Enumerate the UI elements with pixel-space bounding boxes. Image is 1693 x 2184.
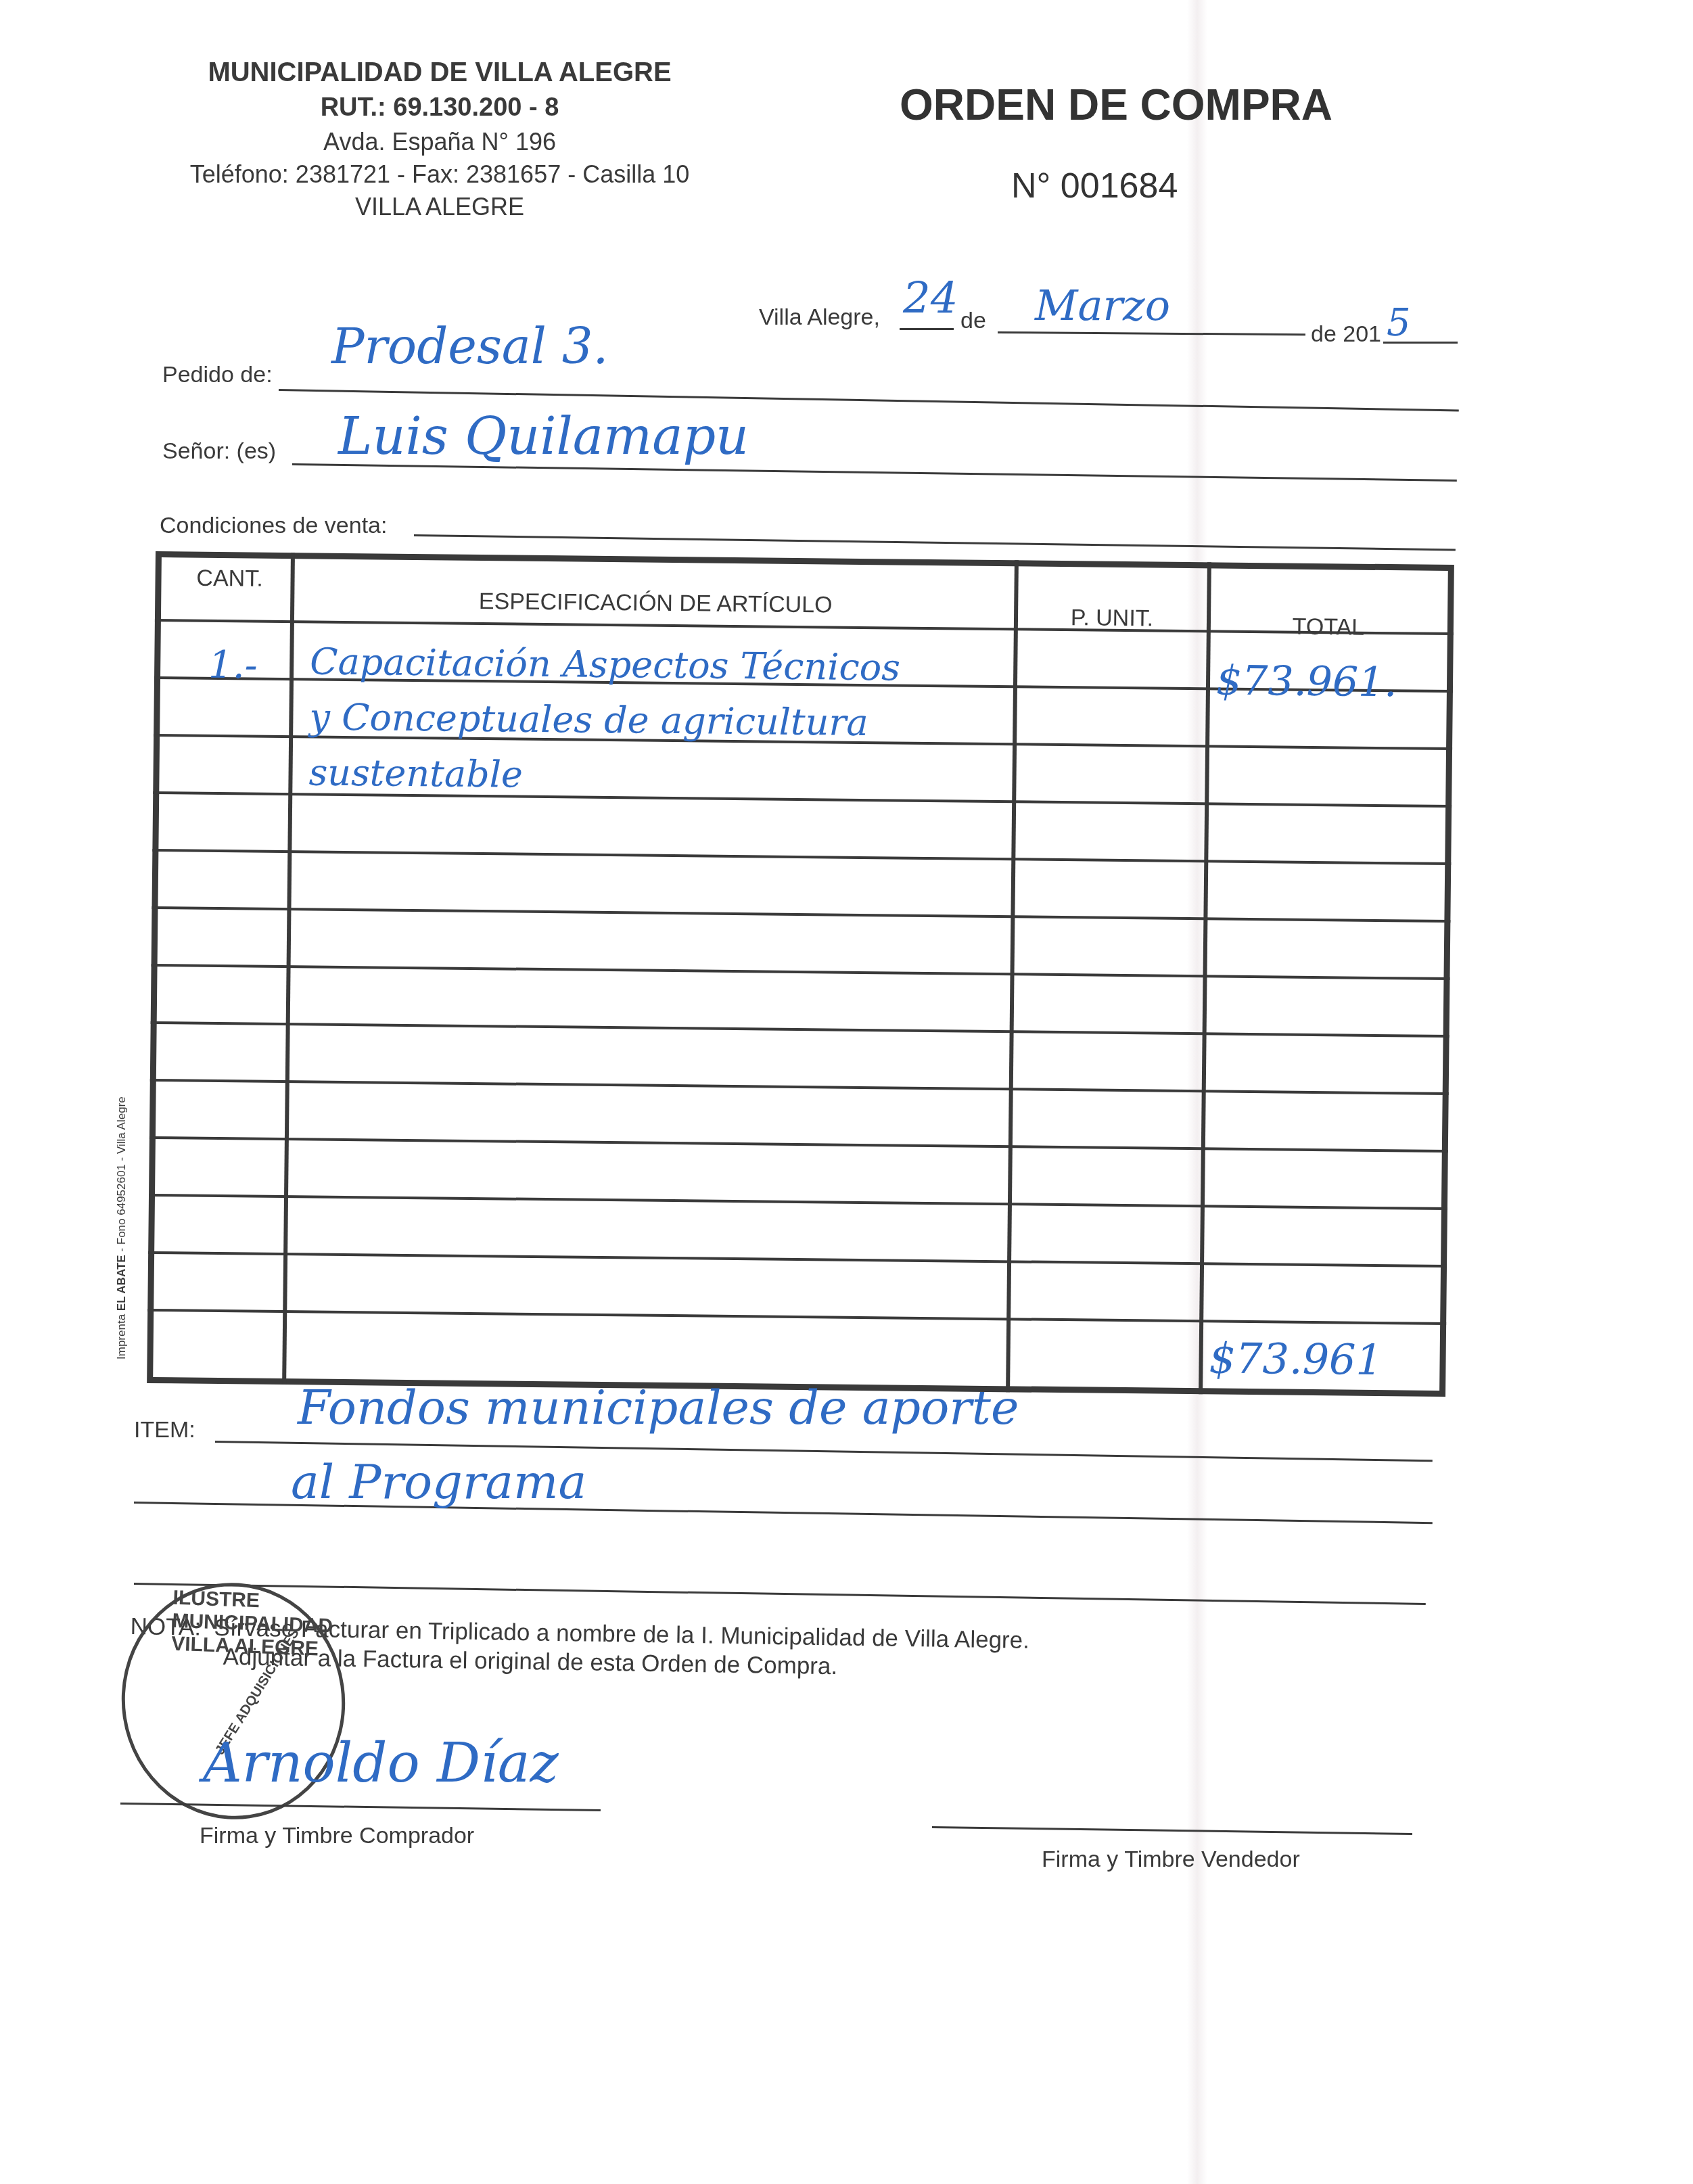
pedido-value[interactable]: Prodesal 3. [331, 318, 608, 375]
issuer-address: Avda. España N° 196 [162, 128, 717, 156]
item-value-line2[interactable]: al Programa [291, 1454, 586, 1510]
item-value-line1[interactable]: Fondos municipales de aporte [298, 1380, 1019, 1435]
issuer-rut: RUT.: 69.130.200 - 8 [162, 93, 717, 122]
condiciones-line [414, 534, 1456, 551]
day-line [900, 328, 954, 330]
seller-signature-line [932, 1826, 1412, 1835]
senor-label: Señor: (es) [162, 438, 276, 465]
imprint-prefix: Imprenta [115, 1314, 128, 1360]
pedido-label: Pedido de: [162, 362, 273, 388]
buyer-signature: Arnoldo Díaz [203, 1732, 559, 1794]
document-title: ORDEN DE COMPRA [900, 80, 1332, 130]
date-year-digit[interactable]: 5 [1387, 301, 1411, 345]
date-place-label: Villa Alegre, [759, 304, 880, 331]
header-total: TOTAL [1210, 613, 1447, 642]
imprint-name: EL ABATE [115, 1255, 128, 1311]
item-label: ITEM: [134, 1417, 195, 1443]
buyer-signature-label: Firma y Timbre Comprador [200, 1823, 474, 1849]
issuer-contact: Teléfono: 2381721 - Fax: 2381657 - Casil… [162, 160, 717, 189]
row1-spec-line3: sustentable [308, 745, 1013, 808]
seller-signature-label: Firma y Timbre Vendedor [1042, 1846, 1300, 1873]
issuer-name: MUNICIPALIDAD DE VILLA ALEGRE [162, 57, 717, 88]
printer-imprint: Imprenta EL ABATE - Fono 64952601 - Vill… [115, 1096, 129, 1360]
senor-line [292, 463, 1457, 482]
condiciones-label: Condiciones de venta: [160, 513, 387, 539]
row1-spec-line2: y Conceptuales de agricultura [309, 689, 1013, 752]
document-number: N° 001684 [1011, 166, 1178, 206]
issuer-header: MUNICIPALIDAD DE VILLA ALEGRE RUT.: 69.1… [162, 57, 717, 221]
senor-value[interactable]: Luis Quilamapu [338, 406, 749, 466]
date-de-label: de [960, 308, 986, 334]
date-month[interactable]: Marzo [1035, 281, 1170, 330]
row1-cant[interactable]: 1.- [208, 643, 258, 688]
date-year-label: de 201 [1311, 321, 1381, 348]
stamp-outer-text: ILUSTRE MUNICIPALIDAD VILLA ALEGRE [171, 1587, 334, 1661]
row1-spec[interactable]: Capacitación Aspectos Técnicos y Concept… [308, 634, 1014, 808]
row1-spec-line1: Capacitación Aspectos Técnicos [310, 634, 1014, 697]
imprint-suffix: - Fono 64952601 - Villa Alegre [115, 1096, 128, 1251]
row1-total[interactable]: $73.961. [1216, 657, 1397, 706]
date-day[interactable]: 24 [903, 274, 958, 324]
issuer-city: VILLA ALEGRE [162, 193, 717, 221]
month-line [998, 331, 1305, 335]
header-cant: CANT. [168, 565, 290, 593]
items-table: CANT. ESPECIFICACIÓN DE ARTÍCULO P. UNIT… [147, 551, 1454, 1397]
grand-total[interactable]: $73.961 [1209, 1333, 1383, 1385]
